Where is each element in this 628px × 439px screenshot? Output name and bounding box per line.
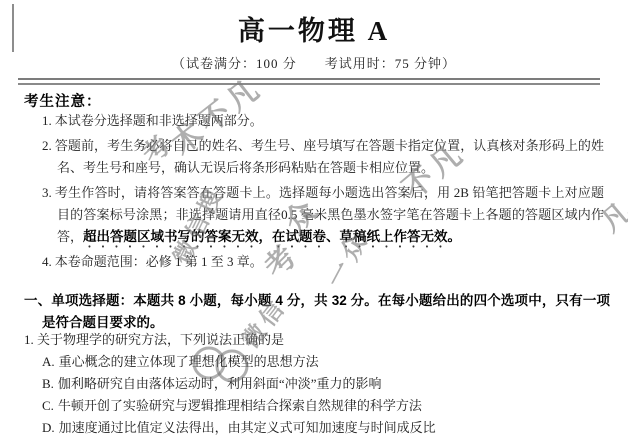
notice-item-text: 本试卷分选择题和非选择题两部分。 (55, 113, 263, 128)
option-text: 伽利略研究自由落体运动时，利用斜面“冲淡”重力的影响 (58, 376, 382, 391)
notice-item: 1.本试卷分选择题和非选择题两部分。 (42, 110, 604, 135)
option-row: C.牛顿开创了实验研究与逻辑推理相结合探索自然规律的科学方法 (24, 395, 614, 417)
page-title: 高一物理 A (0, 9, 628, 48)
notice-item-number: 1. (42, 113, 52, 128)
option-label: C. (42, 398, 54, 413)
option-text: 重心概念的建立体现了理想化模型的思想方法 (59, 354, 319, 369)
notice-item-text: 本卷命题范围：必修 1 第 1 至 3 章。 (55, 254, 263, 269)
section-heading: 一、单项选择题：本题共 8 小题，每小题 4 分，共 32 分。在每小题给出的四… (24, 290, 610, 334)
question-block: 1. 关于物理学的研究方法，下列说法正确的是 A.重心概念的建立体现了理想化模型… (24, 329, 614, 439)
option-list: A.重心概念的建立体现了理想化模型的思想方法 B.伽利略研究自由落体运动时，利用… (24, 351, 614, 439)
notice-item-emphasized-text: 超出答题区域书写的答案无效，在试题卷、草稿纸上作答无效。 (83, 229, 461, 244)
notice-item-text: 答题前，考生务必将自己的姓名、考生号、座号填写在答题卡指定位置，认真核对条形码上… (55, 138, 604, 175)
option-text: 加速度通过比值定义法得出，由其定义式可知加速度与时间成反比 (59, 420, 436, 435)
header-divider (18, 78, 600, 85)
notice-item-number: 3. (42, 185, 52, 200)
notice-item-number: 2. (42, 138, 52, 153)
option-label: D. (42, 420, 55, 435)
option-row: D.加速度通过比值定义法得出，由其定义式可知加速度与时间成反比 (24, 417, 614, 439)
page-subtitle: （试卷满分：100 分 考试用时：75 分钟） (0, 53, 628, 72)
option-text: 牛顿开创了实验研究与逻辑推理相结合探索自然规律的科学方法 (58, 398, 422, 413)
option-row: B.伽利略研究自由落体运动时，利用斜面“冲淡”重力的影响 (24, 373, 614, 395)
notice-item: 4.本卷命题范围：必修 1 第 1 至 3 章。 (42, 251, 604, 276)
notice-item: 2.答题前，考生务必将自己的姓名、考生号、座号填写在答题卡指定位置，认真核对条形… (42, 135, 604, 182)
notice-list: 1.本试卷分选择题和非选择题两部分。 2.答题前，考生务必将自己的姓名、考生号、… (42, 110, 604, 276)
notice-item: 3.考生作答时，请将答案答在答题卡上。选择题每小题选出答案后，用 2B 铅笔把答… (42, 182, 604, 251)
option-row: A.重心概念的建立体现了理想化模型的思想方法 (24, 351, 614, 373)
notice-item-number: 4. (42, 254, 52, 269)
notice-header: 考生注意： (24, 90, 102, 111)
question-stem: 1. 关于物理学的研究方法，下列说法正确的是 (24, 329, 614, 351)
option-label: A. (42, 354, 55, 369)
exam-paper-page: 高一物理 A （试卷满分：100 分 考试用时：75 分钟） 考生注意： 1.本… (0, 0, 628, 439)
option-label: B. (42, 376, 54, 391)
